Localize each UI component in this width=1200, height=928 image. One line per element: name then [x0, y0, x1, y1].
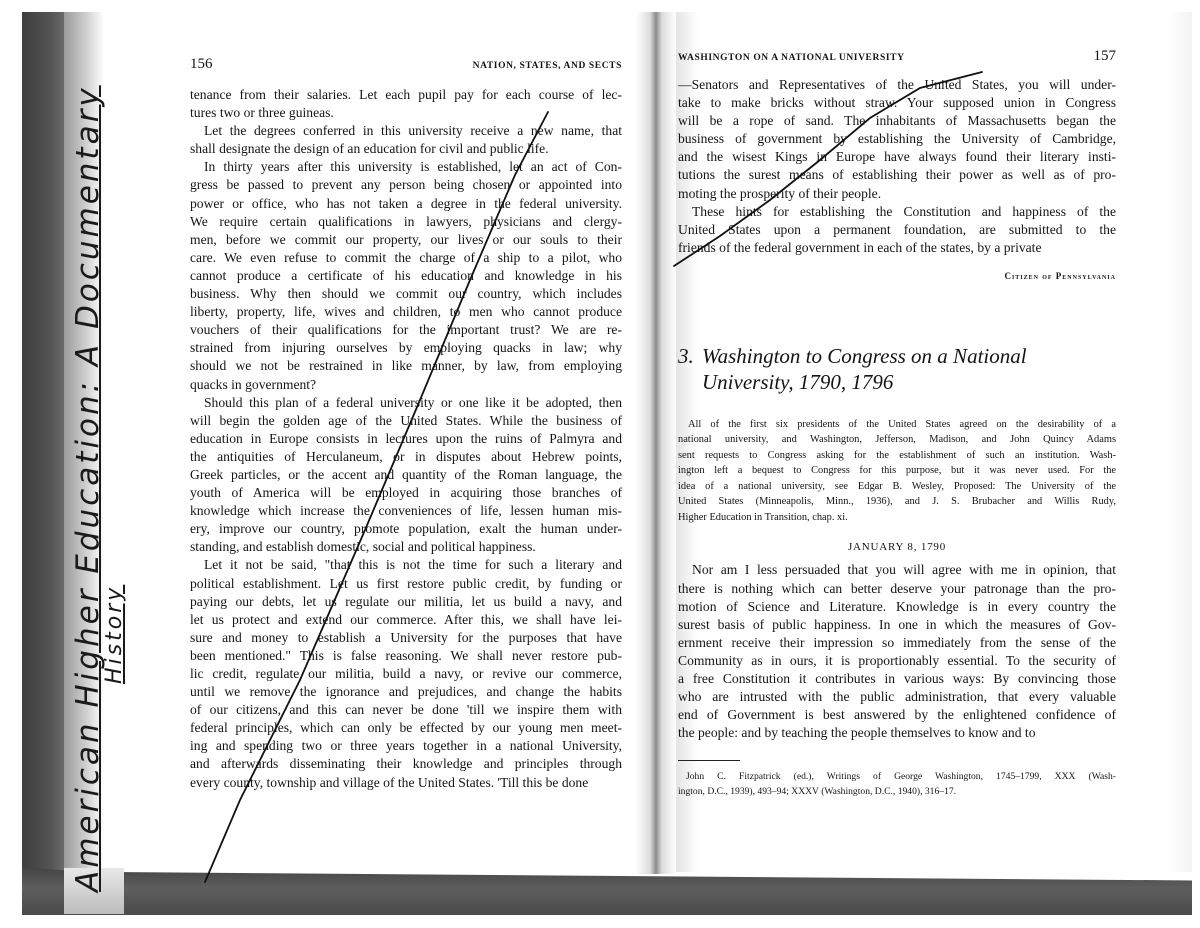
text-line: let us protect and extend our commerce. … [190, 611, 622, 629]
text-line: strained from injuring ourselves by empl… [190, 339, 622, 357]
text-line: These hints for establishing the Constit… [678, 203, 1116, 221]
text-line: Should this plan of a federal university… [190, 394, 622, 412]
text-line: of our citizens, and this can never be d… [190, 701, 622, 719]
text-line: care. We even refuse to commit the charg… [190, 249, 622, 267]
scanned-book-spread: American Higher Education: A Documentary… [0, 0, 1200, 928]
book-right-edge [1170, 12, 1192, 872]
left-page: 156 NATION, STATES, AND SECTS tenance fr… [190, 56, 622, 792]
text-line: the people: and by teaching the people t… [678, 724, 1116, 742]
left-body-text: tenance from their salaries. Let each pu… [190, 86, 622, 792]
text-line: federal principles, which can only be ef… [190, 719, 622, 737]
section-title-line2: University, 1790, 1796 [678, 369, 1116, 395]
text-line: ington, D.C., 1939), 493–94; XXXV (Washi… [678, 784, 1116, 799]
text-line: education in Europe consists in lectures… [190, 430, 622, 448]
right-body-text: —Senators and Representatives of the Uni… [678, 76, 1116, 257]
page-number: 157 [1094, 48, 1117, 65]
text-line: take to make bricks without straw. Your … [678, 94, 1116, 112]
text-line: friends of the federal government in eac… [678, 239, 1116, 257]
text-line: and afterwards disseminating their knowl… [190, 755, 622, 773]
text-line: sure and money to establish a University… [190, 629, 622, 647]
text-line: who are intrusted with the public admini… [678, 688, 1116, 706]
signature: Citizen of Pennsylvania [678, 271, 1116, 281]
text-line: ing and spending two or three years toge… [190, 737, 622, 755]
text-line: ery, improve our country, promote popula… [190, 520, 622, 538]
text-line: been mentioned." This is false reasoning… [190, 647, 622, 665]
text-line: quacks in government? [190, 376, 622, 394]
text-line: should we not be restrained in like mann… [190, 357, 622, 375]
text-line: until we remove the ignorance and prejud… [190, 683, 622, 701]
text-line: Nor am I less persuaded that you will ag… [678, 561, 1116, 579]
book-gutter [636, 12, 676, 874]
text-line: In thirty years after this university is… [190, 158, 622, 176]
dateline: JANUARY 8, 1790 [678, 541, 1116, 553]
text-line: moting the prosperity of their people. [678, 185, 1116, 203]
running-head-title: NATION, STATES, AND SECTS [473, 61, 622, 71]
footnote: John C. Fitzpatrick (ed.), Writings of G… [678, 769, 1116, 799]
right-running-head: WASHINGTON ON A NATIONAL UNIVERSITY 157 [678, 48, 1116, 72]
handwritten-note-line1: American Higher Education: A Documentary [70, 85, 106, 920]
text-line: business. Why then should we commit our … [190, 285, 622, 303]
text-line: Community as in ours, it is proportionab… [678, 652, 1116, 670]
text-line: vouchers of their qualifications for the… [190, 321, 622, 339]
text-line: Let the degrees conferred in this univer… [190, 122, 622, 140]
page-number: 156 [190, 56, 213, 73]
text-line: We require certain qualifications in law… [190, 213, 622, 231]
text-line: paying our debts, let us regulate our mi… [190, 593, 622, 611]
section-heading: 3.Washington to Congress on a National U… [678, 343, 1116, 395]
book-bottom-edge [22, 867, 1192, 915]
text-line: ernment receive their impression so imme… [678, 634, 1116, 652]
running-head-title: WASHINGTON ON A NATIONAL UNIVERSITY [678, 53, 905, 63]
text-line: power or office, who has not taken a deg… [190, 195, 622, 213]
text-line: United States upon a permanent foundatio… [678, 221, 1116, 239]
text-line: Higher Education in Transition, chap. xi… [678, 510, 1116, 526]
text-line: national university, and Washington, Jef… [678, 432, 1116, 448]
text-line: gress be passed to prevent any person be… [190, 176, 622, 194]
text-line: lic credit, regulate our militia, build … [190, 665, 622, 683]
text-line: John C. Fitzpatrick (ed.), Writings of G… [678, 769, 1116, 784]
text-line: Greek particles, or the accent and quant… [190, 466, 622, 484]
handwritten-margin-note: American Higher Education: A Documentary… [70, 85, 127, 920]
section-number: 3. [678, 343, 702, 369]
section-title-line1: Washington to Congress on a National [702, 344, 1027, 368]
text-line: end of Government is best answered by th… [678, 706, 1116, 724]
letter-text: Nor am I less persuaded that you will ag… [678, 561, 1116, 742]
left-running-head: 156 NATION, STATES, AND SECTS [190, 56, 622, 80]
text-line: Let it not be said, "that this is not th… [190, 556, 622, 574]
text-line: tenance from their salaries. Let each pu… [190, 86, 622, 104]
text-line: a free Constitution it contributes in va… [678, 670, 1116, 688]
text-line: —Senators and Representatives of the Uni… [678, 76, 1116, 94]
text-line: All of the first six presidents of the U… [678, 417, 1116, 433]
text-line: sent requests to Congress asking for the… [678, 448, 1116, 464]
text-line: business of government by establishing t… [678, 130, 1116, 148]
text-line: cannot produce a certificate of his educ… [190, 267, 622, 285]
text-line: and the wisest Kings in Europe have alwa… [678, 148, 1116, 166]
text-line: surest basis of public happiness. In one… [678, 616, 1116, 634]
text-line: ington left a bequest to Congress for th… [678, 463, 1116, 479]
text-line: will be a rope of sand. The inhabitants … [678, 112, 1116, 130]
right-page: WASHINGTON ON A NATIONAL UNIVERSITY 157 … [678, 48, 1116, 799]
text-line: shall designate the design of an educati… [190, 140, 622, 158]
text-line: will begin the golden age of the United … [190, 412, 622, 430]
text-line: idea of a national university, see Edgar… [678, 479, 1116, 495]
text-line: tutions the surest means of establishing… [678, 166, 1116, 184]
text-line: there is nothing which can better deserv… [678, 580, 1116, 598]
editorial-introduction: All of the first six presidents of the U… [678, 417, 1116, 526]
text-line: men, before we commit our property, our … [190, 231, 622, 249]
text-line: standing, and establish domestic, social… [190, 538, 622, 556]
text-line: tures two or three guineas. [190, 104, 622, 122]
text-line: liberty, property, life, wives and child… [190, 303, 622, 321]
text-line: every county, township and village of th… [190, 774, 622, 792]
footnote-rule [678, 760, 740, 761]
text-line: knowledge which increase the convenience… [190, 502, 622, 520]
text-line: the antiquities of Herculaneum, or in di… [190, 448, 622, 466]
book-left-edge [22, 12, 64, 912]
text-line: motion of Science and Literature. Knowle… [678, 598, 1116, 616]
text-line: United States (Minneapolis, Minn., 1936)… [678, 494, 1116, 510]
text-line: political establishment. Let us first re… [190, 575, 622, 593]
text-line: youth of America will be employed in acq… [190, 484, 622, 502]
